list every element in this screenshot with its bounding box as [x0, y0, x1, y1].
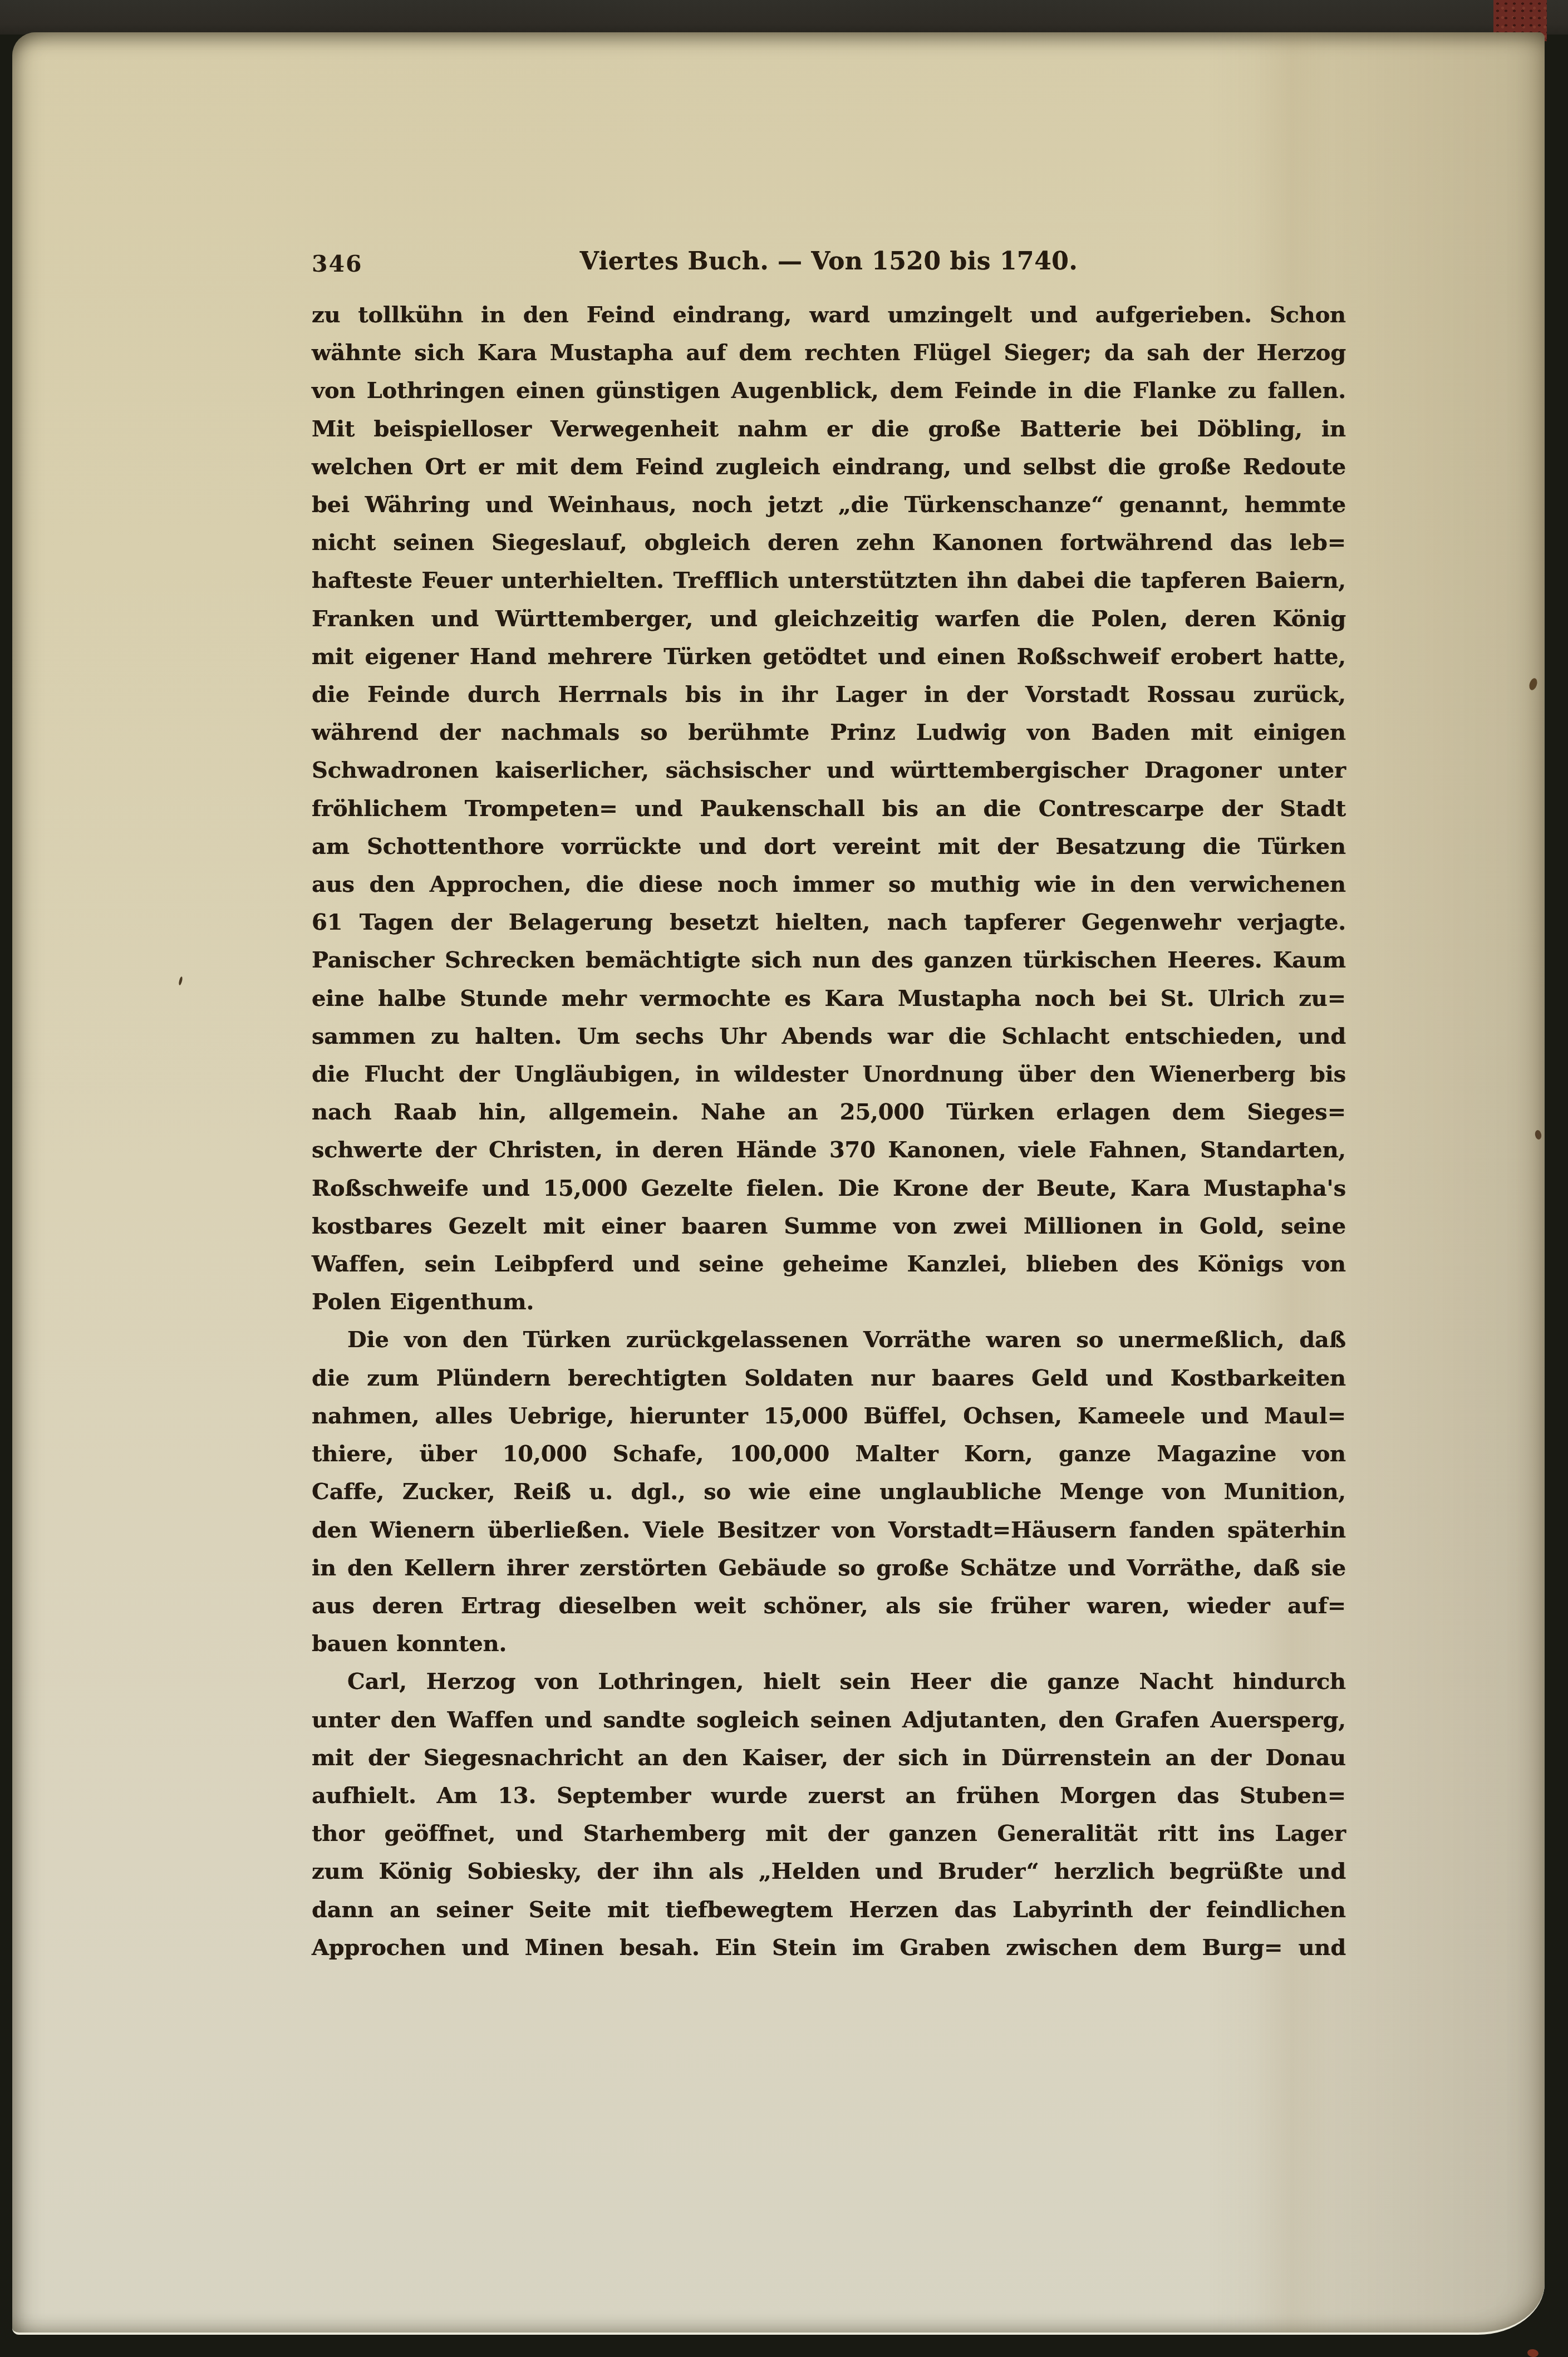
text-line: aus den Approchen, die diese noch immer …	[312, 866, 1346, 903]
text-line: nicht seinen Siegeslauf, obgleich deren …	[312, 524, 1346, 562]
text-line: 61 Tagen der Belagerung besetzt hielten,…	[312, 903, 1346, 941]
text-line: Mit beispielloser Verwegenheit nahm er d…	[312, 410, 1346, 448]
text-line: während der nachmals so berühmte Prinz L…	[312, 714, 1346, 752]
book-page: 346 Viertes Buch. — Von 1520 bis 1740. z…	[12, 32, 1545, 2335]
page-header: 346 Viertes Buch. — Von 1520 bis 1740.	[312, 247, 1346, 283]
text-line: wähnte sich Kara Mustapha auf dem rechte…	[312, 334, 1346, 372]
text-line: dann an seiner Seite mit tiefbewegtem He…	[312, 1891, 1346, 1929]
text-line: Approchen und Minen besah. Ein Stein im …	[312, 1929, 1346, 1967]
text-line: aus deren Ertrag dieselben weit schöner,…	[312, 1587, 1346, 1625]
text-line: mit der Siegesnachricht an den Kaiser, d…	[312, 1739, 1346, 1777]
body-text: zu tollkühn in den Feind eindrang, ward …	[312, 296, 1346, 1967]
text-line: eine halbe Stunde mehr vermochte es Kara…	[312, 980, 1346, 1018]
text-line: nach Raab hin, allgemein. Nahe an 25,000…	[312, 1093, 1346, 1131]
text-line: am Schottenthore vorrückte und dort vere…	[312, 828, 1346, 866]
text-line: Schwadronen kaiserlicher, sächsischer un…	[312, 752, 1346, 789]
paper-speck	[1534, 1130, 1542, 1140]
text-line: zu tollkühn in den Feind eindrang, ward …	[312, 296, 1346, 334]
text-line: in den Kellern ihrer zerstörten Gebäude …	[312, 1549, 1346, 1587]
page-number: 346	[312, 251, 363, 277]
text-line: schwerte der Christen, in deren Hände 37…	[312, 1131, 1346, 1169]
text-line: Die von den Türken zurückgelassenen Vorr…	[312, 1321, 1346, 1359]
text-line: Waffen, sein Leibpferd und seine geheime…	[312, 1245, 1346, 1283]
text-line: unter den Waffen und sandte sogleich sei…	[312, 1701, 1346, 1739]
text-line: aufhielt. Am 13. September wurde zuerst …	[312, 1777, 1346, 1815]
text-line: nahmen, alles Uebrige, hierunter 15,000 …	[312, 1397, 1346, 1435]
paper-speck	[178, 976, 183, 986]
scan-dark-top-edge	[0, 0, 1568, 35]
text-line: welchen Ort er mit dem Feind zugleich ei…	[312, 448, 1346, 486]
text-line: bei Währing und Weinhaus, noch jetzt „di…	[312, 486, 1346, 524]
text-line: sammen zu halten. Um sechs Uhr Abends wa…	[312, 1018, 1346, 1055]
text-line: mit eigener Hand mehrere Türken getödtet…	[312, 638, 1346, 676]
text-line: thor geöffnet, und Starhemberg mit der g…	[312, 1815, 1346, 1853]
text-line: zum König Sobiesky, der ihn als „Helden …	[312, 1853, 1346, 1890]
text-line: hafteste Feuer unterhielten. Trefflich u…	[312, 562, 1346, 600]
text-line: Panischer Schrecken bemächtigte sich nun…	[312, 941, 1346, 979]
text-line: thiere, über 10,000 Schafe, 100,000 Malt…	[312, 1435, 1346, 1473]
text-line: Carl, Herzog von Lothringen, hielt sein …	[312, 1663, 1346, 1701]
text-line: Caffe, Zucker, Reiß u. dgl., so wie eine…	[312, 1473, 1346, 1511]
text-line: bauen konnten.	[312, 1625, 1346, 1663]
text-line: die zum Plündern berechtigten Soldaten n…	[312, 1359, 1346, 1397]
text-line: Franken und Württemberger, und gleichzei…	[312, 600, 1346, 638]
text-line: den Wienern überließen. Viele Besitzer v…	[312, 1511, 1346, 1549]
text-line: kostbares Gezelt mit einer baaren Summe …	[312, 1207, 1346, 1245]
text-line: die Feinde durch Herrnals bis in ihr Lag…	[312, 676, 1346, 714]
text-line: Roßschweife und 15,000 Gezelte fielen. D…	[312, 1170, 1346, 1207]
text-line: fröhlichem Trompeten= und Paukenschall b…	[312, 790, 1346, 828]
running-header: Viertes Buch. — Von 1520 bis 1740.	[312, 247, 1346, 276]
paper-speck	[1528, 677, 1538, 691]
text-line: von Lothringen einen günstigen Augenblic…	[312, 372, 1346, 410]
text-line: Polen Eigenthum.	[312, 1283, 1346, 1321]
paper-speck	[1527, 2349, 1539, 2357]
text-line: die Flucht der Ungläubigen, in wildester…	[312, 1055, 1346, 1093]
